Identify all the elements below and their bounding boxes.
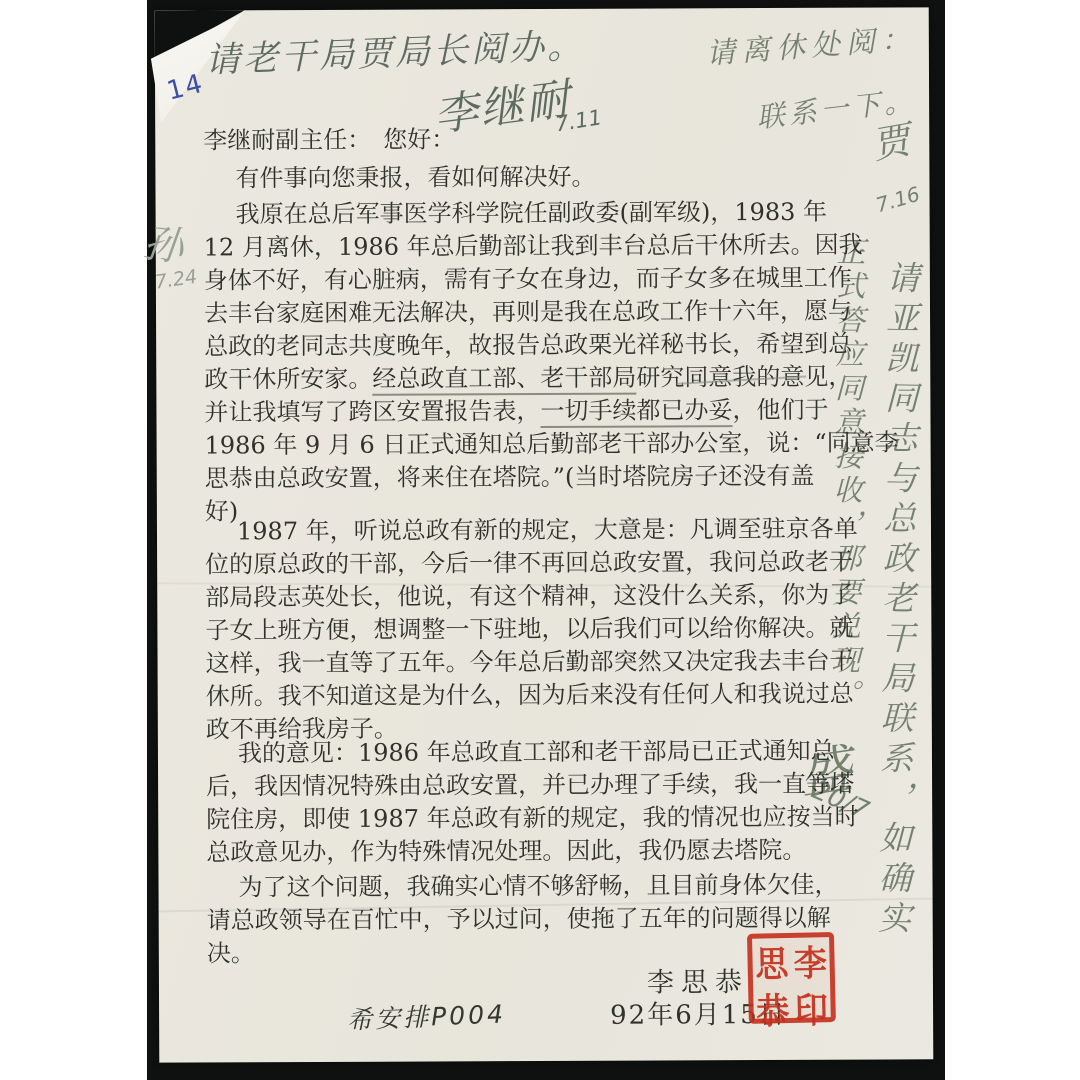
letter-line: 总政意见办，作为特殊情况处理。因此，我仍愿去塔院。 bbox=[206, 834, 854, 870]
letter-line: 去丰台家庭困难无法解决，再则是我在总政工作十六年，愿与 bbox=[204, 295, 852, 331]
letter-paragraph-3: 我的意见：1986 年总政直工部和老干部局已正式通知总后，我因情况特殊由总政安置… bbox=[206, 735, 855, 870]
letter-line: 并让我填写了跨区安置报告表，一切手续都已办妥，他们于 bbox=[204, 394, 852, 430]
letter-line: 我的意见：1986 年总政直工部和老干部局已正式通知总 bbox=[206, 735, 854, 771]
right-margin-annotation-first: 请亚凯同志与总政老干局联系，如确实 bbox=[869, 260, 925, 961]
letter-line: 12 月离休，1986 年总后勤部让我到丰台总后干休所去。因我 bbox=[204, 229, 852, 265]
top-right-annotation-date: 7.16 bbox=[873, 182, 922, 218]
letter-line: 院住房，即使 1987 年总政有新的规定，我的情况也应按当时 bbox=[206, 801, 854, 837]
letter-line: 总政的老同志共度晚年，故报告总政栗光祥秘书长，希望到总 bbox=[204, 328, 852, 364]
left-margin-date: 7.24 bbox=[154, 266, 199, 294]
letter-line: 子女上班方便，想调整一下驻地，以后我们可以给你解决。就 bbox=[205, 612, 853, 648]
letter-line: 后，我因情况特殊由总政安置，并已办理了手续，我一直等塔 bbox=[206, 768, 854, 804]
letter-paragraph-1: 我原在总后军事医学科学院任副政委(副军级)，1983 年12 月离休，1986 … bbox=[204, 196, 853, 529]
letter-line: 李继耐副主任： 您好： bbox=[203, 122, 851, 158]
letter-line: 位的原总政的干部，今后一律不再回总政安置，我问总政老干 bbox=[205, 546, 853, 582]
letter-line: 我原在总后军事医学科学院任副政委(副军级)，1983 年 bbox=[204, 196, 852, 232]
letter-line: 身体不好，有心脏病，需有子女在身边，而子女多在城里工作 bbox=[204, 262, 852, 298]
bottom-archive-note: 希安排P004 bbox=[346, 994, 506, 1036]
seal-char-si: 思 bbox=[752, 936, 792, 988]
seal-char-li: 李 bbox=[791, 935, 831, 987]
seal-char-gong: 恭 bbox=[753, 983, 793, 1035]
letter-line: 有件事向您秉报，看如何解决好。 bbox=[203, 160, 851, 196]
pencil-underlined-phrase: 一切手续都已办妥 bbox=[540, 396, 732, 428]
seal-char-yin: 印 bbox=[792, 982, 832, 1034]
letter-line: 这样，我一直等了五年。今年总后勤部突然又决定我去丰台干 bbox=[205, 645, 853, 681]
letter-line: 休所。我不知道这是为什么，因为后来没有任何人和我说过总 bbox=[206, 678, 854, 714]
letter-line: 为了这个问题，我确实心情不够舒畅，且目前身体欠佳， bbox=[206, 869, 854, 905]
letter-line: 思恭由总政安置，将来住在塔院。”(当时塔院房子还没有盖 bbox=[205, 460, 853, 496]
letter-line: 1987 年，听说总政有新的规定，大意是：凡调至驻京各单 bbox=[205, 513, 853, 549]
letter-salutation: 李继耐副主任： 您好： bbox=[203, 122, 851, 158]
letter-paragraph-intro: 有件事向您秉报，看如何解决好。 bbox=[203, 160, 851, 196]
top-right-annotation-line1: 请离休处阅： bbox=[705, 16, 917, 72]
pencil-underlined-phrase: 经总政直工部、老干部局 bbox=[372, 364, 636, 396]
letter-paragraph-2: 1987 年，听说总政有新的规定，大意是：凡调至驻京各单位的原总政的干部，今后一… bbox=[205, 513, 854, 747]
red-seal: 李 思 恭 印 bbox=[747, 932, 836, 1024]
letter-line: 1986 年 9 月 6 日正式通知总后勤部老干部办公室，说：“同意李 bbox=[205, 427, 853, 463]
letter-paper: 14 请老干局贾局长阅办。 李继耐 7.11 请离休处阅： 联系一下。 贾 7.… bbox=[155, 7, 934, 1062]
left-margin-signature: 孙 bbox=[141, 212, 187, 273]
